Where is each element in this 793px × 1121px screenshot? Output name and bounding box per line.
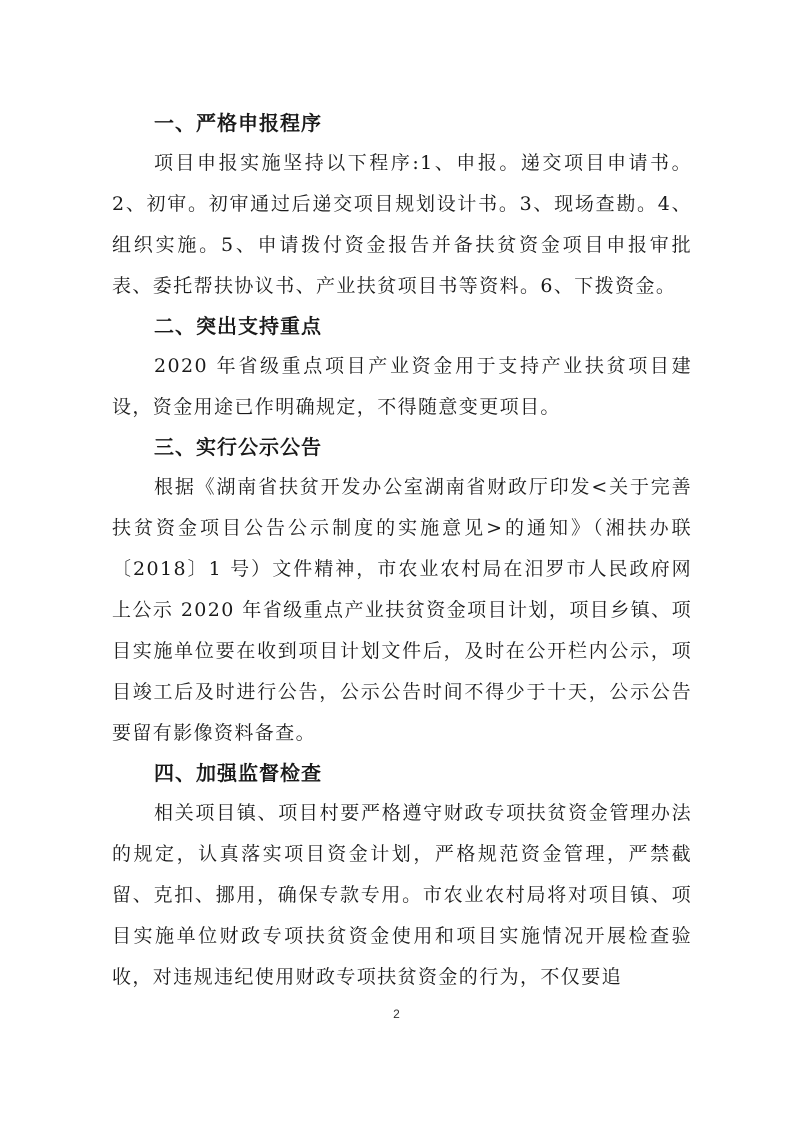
page-number: 2 bbox=[0, 1007, 793, 1021]
document-page: 一、严格申报程序 项目申报实施坚持以下程序:1、申报。递交项目申请书。2、初审。… bbox=[112, 104, 692, 998]
section-paragraph-4: 相关项目镇、项目村要严格遵守财政专项扶贫资金管理办法的规定，认真落实项目资金计划… bbox=[112, 793, 692, 998]
paragraph-text: 项目申报实施坚持以下程序:1、申报。递交项目申请书。2、初审。初审通过后递交项目… bbox=[112, 143, 692, 307]
section-paragraph-1: 项目申报实施坚持以下程序:1、申报。递交项目申请书。2、初审。初审通过后递交项目… bbox=[112, 143, 692, 307]
paragraph-text: 相关项目镇、项目村要严格遵守财政专项扶贫资金管理办法的规定，认真落实项目资金计划… bbox=[112, 793, 692, 998]
paragraph-text: 2020 年省级重点项目产业资金用于支持产业扶贫项目建设，资金用途已作明确规定，… bbox=[112, 346, 692, 428]
section-paragraph-3: 根据《湖南省扶贫开发办公室湖南省财政厅印发<关于完善扶贫资金项目公告公示制度的实… bbox=[112, 467, 692, 754]
section-paragraph-2: 2020 年省级重点项目产业资金用于支持产业扶贫项目建设，资金用途已作明确规定，… bbox=[112, 346, 692, 428]
section-heading-2: 二、突出支持重点 bbox=[112, 307, 692, 346]
section-heading-4: 四、加强监督检查 bbox=[112, 754, 692, 793]
paragraph-text: 根据《湖南省扶贫开发办公室湖南省财政厅印发<关于完善扶贫资金项目公告公示制度的实… bbox=[112, 467, 692, 754]
section-heading-3: 三、实行公示公告 bbox=[112, 428, 692, 467]
section-heading-1: 一、严格申报程序 bbox=[112, 104, 692, 143]
